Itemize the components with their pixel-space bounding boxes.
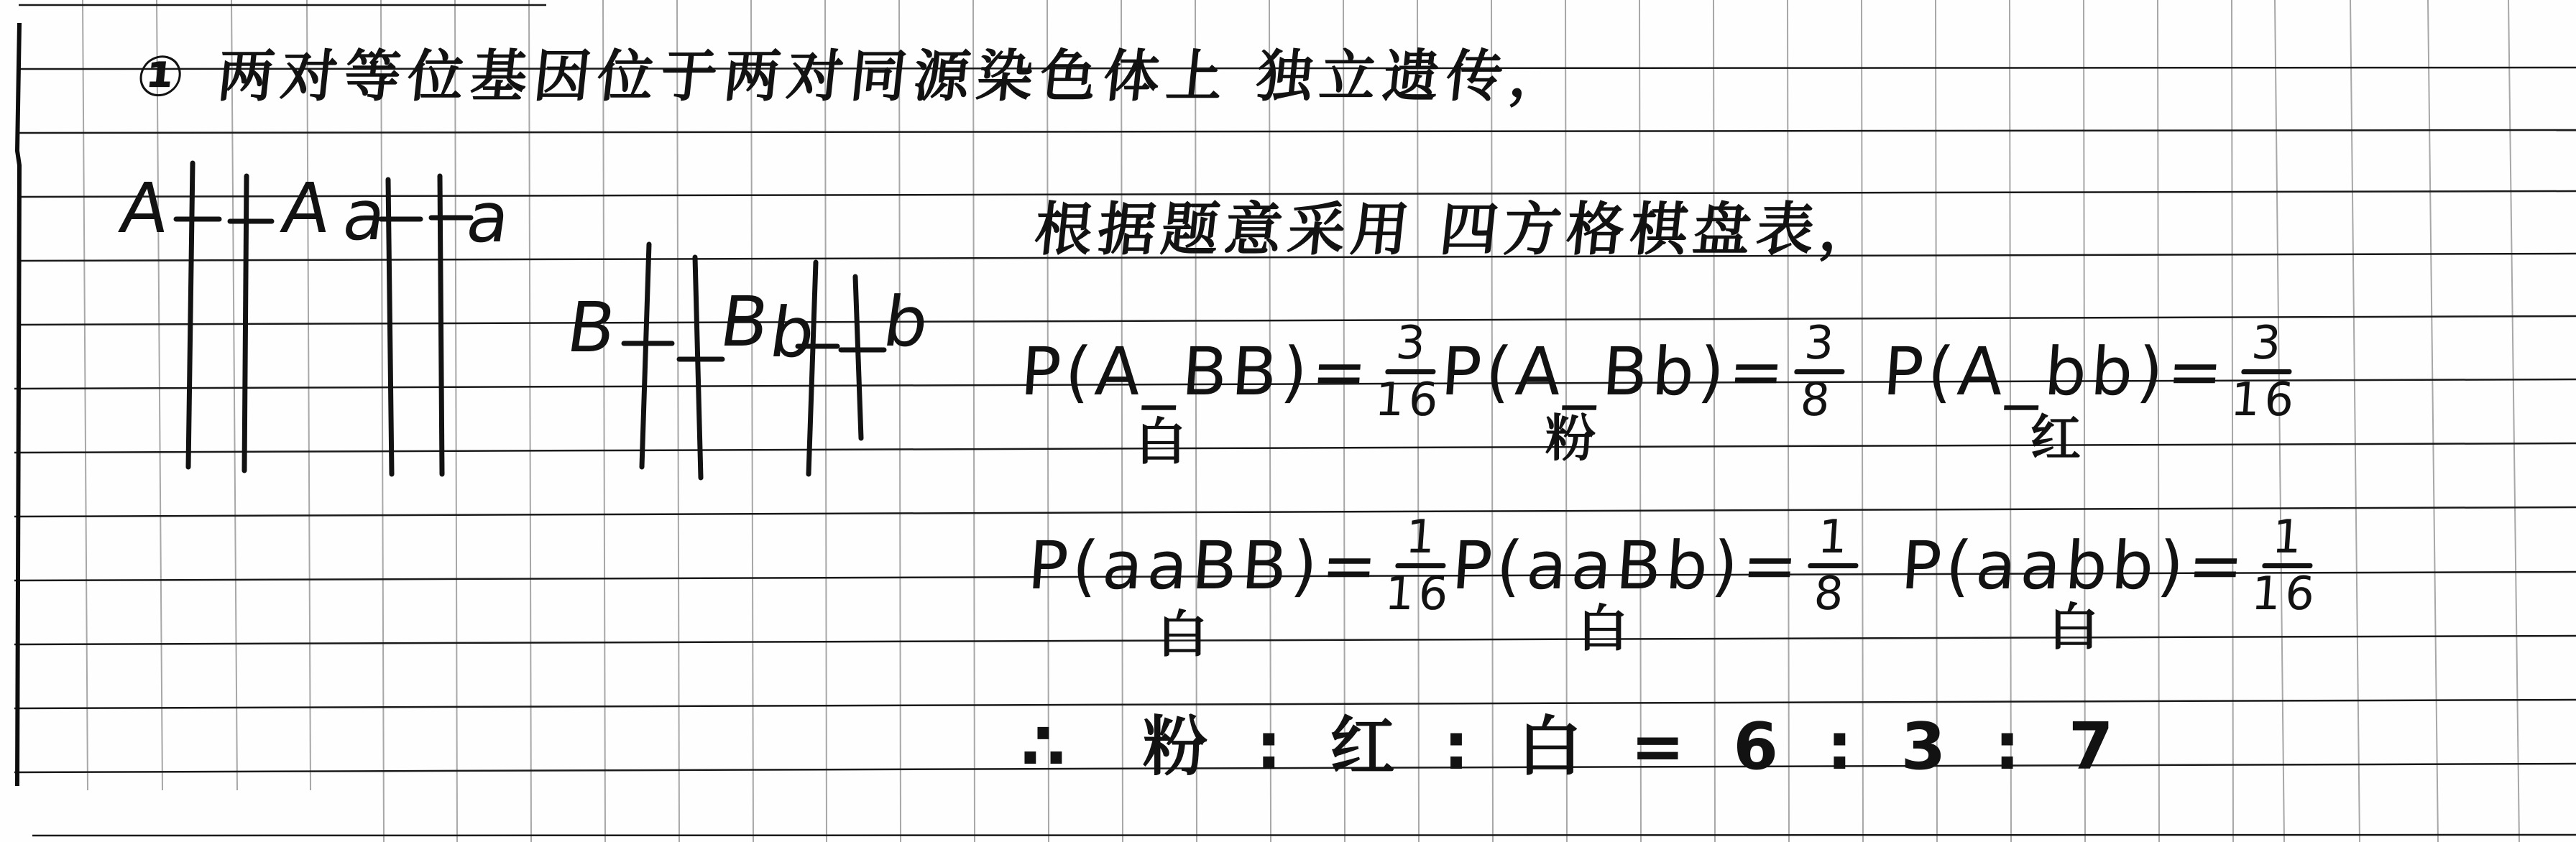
ratio-text: 粉 : 红 : 白 = 6 : 3 : 7 xyxy=(1143,709,2127,785)
prob-aaBb: P(aaBb)=18 xyxy=(1448,519,1862,621)
allele-label-B1: B xyxy=(563,293,620,362)
prob-aaBB: P(aaBB)=116 xyxy=(1024,519,1458,621)
fraction: 38 xyxy=(1790,320,1848,423)
prob-A_bb: P(A_bb)=316 xyxy=(1880,325,2304,427)
prob-aabb: P(aabb)=116 xyxy=(1897,519,2324,621)
therefore-symbol: ∴ xyxy=(1021,709,1079,785)
phenotype-label: 粉 xyxy=(1545,413,1600,463)
conclusion-line: ∴ 粉 : 红 : 白 = 6 : 3 : 7 xyxy=(1021,715,2127,779)
fraction: 316 xyxy=(1374,320,1448,423)
phenotype-label: 白 xyxy=(1136,417,1190,467)
fraction: 18 xyxy=(1804,514,1862,617)
allele-label-A1: A xyxy=(116,174,172,243)
fraction: 116 xyxy=(2250,514,2324,617)
heading-line: ① 两对等位基因位于两对同源染色体上 独立遗传， xyxy=(134,49,1576,105)
notebook-page: ① 两对等位基因位于两对同源染色体上 独立遗传， A A xyxy=(0,0,2576,842)
prob-A_Bb: P(A_Bb)=38 xyxy=(1437,325,1848,427)
method-note: 根据题意采用 四方格棋盘表， xyxy=(1032,201,1886,259)
phenotype-label: 红 xyxy=(2030,413,2085,463)
fraction: 116 xyxy=(1384,514,1458,617)
phenotype-label: 白 xyxy=(2048,602,2103,652)
phenotype-label: 白 xyxy=(1578,603,1632,654)
prob-A_BB: P(A_BB)=316 xyxy=(1017,325,1448,427)
phenotype-label: 白 xyxy=(1157,609,1212,660)
fraction: 316 xyxy=(2230,320,2304,423)
allele-label-A2: A xyxy=(277,174,334,243)
heading-text: 两对等位基因位于两对同源染色体上 独立遗传， xyxy=(214,45,1576,109)
heading-number: ① xyxy=(133,45,195,109)
allele-label-B2: B xyxy=(716,287,773,356)
